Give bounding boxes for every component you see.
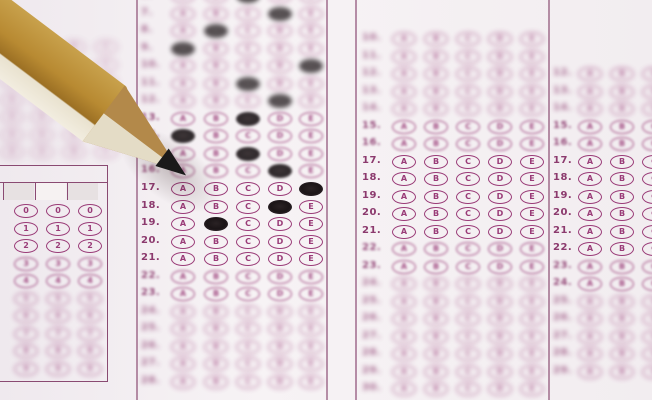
answer-bubble: C xyxy=(642,172,652,186)
row-number: 20. xyxy=(362,207,381,218)
answer-bubble: E xyxy=(520,120,544,134)
answer-bubble: C xyxy=(456,102,480,116)
answer-bubble: C xyxy=(456,225,480,239)
answer-bubble: A xyxy=(392,50,416,64)
answer-bubble: B xyxy=(204,129,228,143)
answer-bubble: E xyxy=(299,94,323,108)
answer-bubble: B xyxy=(424,85,448,99)
answer-bubble: B xyxy=(424,347,448,361)
answer-bubble: E xyxy=(520,207,544,221)
digit-bubble: 2 xyxy=(46,239,70,253)
row-number: 8. xyxy=(141,24,153,35)
answer-bubble: B xyxy=(610,242,634,256)
filled-bubble: E xyxy=(299,59,323,73)
answer-bubble: E xyxy=(299,7,323,21)
digit-bubble: 8 xyxy=(46,344,70,358)
answer-bubble: C xyxy=(456,260,480,274)
answer-bubble: C xyxy=(642,190,652,204)
row-number: 19. xyxy=(141,217,160,228)
answer-bubble: C xyxy=(456,137,480,151)
row-number: 28. xyxy=(141,375,160,386)
row-number: 10. xyxy=(141,59,160,70)
answer-bubble: D xyxy=(488,32,512,46)
answer-bubble: C xyxy=(456,242,480,256)
answer-bubble: B xyxy=(610,225,634,239)
answer-bubble: D xyxy=(268,340,292,354)
answer-bubble: D xyxy=(488,365,512,379)
answer-bubble: A xyxy=(392,382,416,396)
answer-bubble: A xyxy=(578,347,602,361)
answer-bubble: E xyxy=(520,155,544,169)
answer-bubble: B xyxy=(610,120,634,134)
row-number: 22. xyxy=(362,242,381,253)
answer-bubble: E xyxy=(299,217,323,231)
answer-bubble: A xyxy=(578,225,602,239)
row-number: 24. xyxy=(553,277,572,288)
digit-bubble: 5 xyxy=(78,292,102,306)
answer-bubble: D xyxy=(268,252,292,266)
answer-bubble: A xyxy=(171,305,195,319)
digit-bubble: 2 xyxy=(14,239,38,253)
answer-bubble: A xyxy=(392,330,416,344)
answer-bubble: C xyxy=(642,277,652,291)
answer-bubble: E xyxy=(299,252,323,266)
row-number: 7. xyxy=(141,7,153,18)
answer-bubble: D xyxy=(488,190,512,204)
digit-bubble: 5 xyxy=(14,292,38,306)
filled-bubble: C xyxy=(236,77,260,91)
answer-bubble: A xyxy=(171,375,195,389)
answer-bubble: A xyxy=(392,207,416,221)
answer-bubble: C xyxy=(642,242,652,256)
row-number: 28. xyxy=(362,347,381,358)
answer-bubble: B xyxy=(424,50,448,64)
answer-bubble: C xyxy=(456,277,480,291)
answer-bubble: C xyxy=(456,295,480,309)
answer-bubble: A xyxy=(392,172,416,186)
answer-bubble: E xyxy=(520,347,544,361)
row-number: 12. xyxy=(553,67,572,78)
answer-bubble: C xyxy=(236,129,260,143)
row-number: 25. xyxy=(553,295,572,306)
answer-bubble: D xyxy=(488,312,512,326)
answer-bubble: B xyxy=(204,77,228,91)
row-number: 23. xyxy=(362,260,381,271)
row-number: 29. xyxy=(362,365,381,376)
answer-bubble: A xyxy=(578,137,602,151)
answer-bubble: C xyxy=(642,295,652,309)
answer-bubble: D xyxy=(488,50,512,64)
row-number: 15. xyxy=(362,120,381,131)
row-number: 11. xyxy=(362,50,381,61)
answer-bubble: B xyxy=(424,365,448,379)
answer-bubble: E xyxy=(520,32,544,46)
row-number: 21. xyxy=(141,252,160,263)
digit-bubble: 1 xyxy=(14,222,38,236)
answer-bubble: B xyxy=(62,145,86,159)
row-number: 22. xyxy=(553,242,572,253)
answer-bubble: D xyxy=(488,67,512,81)
answer-bubble: E xyxy=(299,129,323,143)
answer-bubble: D xyxy=(268,112,292,126)
row-number: 11. xyxy=(141,77,160,88)
answer-bubble: D xyxy=(268,147,292,161)
answer-bubble: C xyxy=(642,137,652,151)
answer-bubble: B xyxy=(610,207,634,221)
answer-bubble: C xyxy=(236,24,260,38)
digit-bubble: 7 xyxy=(78,327,102,341)
answer-bubble: D xyxy=(488,102,512,116)
answer-bubble: E xyxy=(299,112,323,126)
digit-bubble: 4 xyxy=(78,274,102,288)
answer-bubble: B xyxy=(204,94,228,108)
answer-bubble: E xyxy=(520,102,544,116)
answer-bubble: A xyxy=(578,295,602,309)
filled-bubble: C xyxy=(236,147,260,161)
answer-bubble: D xyxy=(268,217,292,231)
answer-bubble: A xyxy=(578,85,602,99)
answer-bubble: A xyxy=(578,365,602,379)
row-number: 18. xyxy=(553,172,572,183)
digit-bubble: 8 xyxy=(78,344,102,358)
answer-bubble: B xyxy=(610,137,634,151)
answer-bubble: C xyxy=(642,225,652,239)
answer-bubble: A xyxy=(171,357,195,371)
answer-bubble: C xyxy=(642,67,652,81)
answer-bubble: E xyxy=(299,287,323,301)
answer-bubble: D xyxy=(488,242,512,256)
answer-bubble: A xyxy=(171,77,195,91)
filled-bubble: E xyxy=(299,182,323,196)
answer-bubble: D xyxy=(488,295,512,309)
row-number: 26. xyxy=(362,312,381,323)
answer-bubble: D xyxy=(488,225,512,239)
row-number: 10. xyxy=(362,32,381,43)
filled-bubble: D xyxy=(268,94,292,108)
answer-bubble: A xyxy=(392,365,416,379)
answer-bubble: B xyxy=(424,172,448,186)
answer-bubble: A xyxy=(171,322,195,336)
answer-bubble: A xyxy=(392,190,416,204)
answer-bubble: B xyxy=(610,277,634,291)
digit-bubble: 9 xyxy=(14,362,38,376)
row-number: 23. xyxy=(141,287,160,298)
answer-bubble: A xyxy=(171,235,195,249)
answer-bubble: A xyxy=(392,242,416,256)
answer-bubble: D xyxy=(268,287,292,301)
row-number: 13. xyxy=(362,85,381,96)
answer-bubble: A xyxy=(392,225,416,239)
answer-bubble: C xyxy=(456,67,480,81)
row-number: 21. xyxy=(362,225,381,236)
row-number: 16. xyxy=(362,137,381,148)
answer-bubble: D xyxy=(488,260,512,274)
answer-bubble: A xyxy=(578,277,602,291)
row-number: 19. xyxy=(553,190,572,201)
answer-bubble: B xyxy=(610,365,634,379)
answer-bubble: C xyxy=(236,235,260,249)
answer-bubble: E xyxy=(299,235,323,249)
answer-bubble: A xyxy=(392,67,416,81)
answer-bubble: C xyxy=(642,85,652,99)
answer-bubble: B xyxy=(610,295,634,309)
answer-bubble: A xyxy=(392,155,416,169)
column-divider xyxy=(326,0,328,400)
row-number: 26. xyxy=(141,340,160,351)
answer-bubble: C xyxy=(456,312,480,326)
digit-bubble: 1 xyxy=(46,222,70,236)
answer-bubble: E xyxy=(299,200,323,214)
answer-bubble: C xyxy=(456,330,480,344)
answer-bubble: D xyxy=(488,120,512,134)
answer-bubble: C xyxy=(236,375,260,389)
answer-bubble: D xyxy=(268,322,292,336)
answer-bubble: E xyxy=(299,322,323,336)
answer-bubble: B xyxy=(204,7,228,21)
filled-bubble: D xyxy=(268,164,292,178)
answer-bubble: B xyxy=(610,312,634,326)
digit-bubble: 0 xyxy=(46,204,70,218)
answer-bubble: B xyxy=(424,120,448,134)
answer-bubble: C xyxy=(236,322,260,336)
digit-bubble: 0 xyxy=(78,204,102,218)
answer-bubble: A xyxy=(392,120,416,134)
answer-bubble: C xyxy=(236,164,260,178)
answer-bubble: C xyxy=(236,182,260,196)
answer-bubble: D xyxy=(268,0,292,3)
row-number: 19. xyxy=(362,190,381,201)
answer-bubble: B xyxy=(610,155,634,169)
answer-bubble: D xyxy=(268,59,292,73)
answer-bubble: D xyxy=(488,207,512,221)
answer-bubble: A xyxy=(578,102,602,116)
answer-bubble: B xyxy=(204,0,228,3)
answer-bubble: B xyxy=(424,242,448,256)
answer-bubble: B xyxy=(204,112,228,126)
answer-bubble: E xyxy=(520,365,544,379)
answer-bubble: B xyxy=(424,295,448,309)
answer-bubble: B xyxy=(204,340,228,354)
answer-bubble: D xyxy=(268,270,292,284)
answer-bubble: E xyxy=(299,375,323,389)
answer-bubble: D xyxy=(488,155,512,169)
answer-bubble: A xyxy=(392,85,416,99)
answer-bubble: D xyxy=(488,137,512,151)
answer-bubble: C xyxy=(642,155,652,169)
answer-bubble: C xyxy=(236,305,260,319)
answer-bubble: C xyxy=(236,357,260,371)
answer-bubble: A xyxy=(392,102,416,116)
answer-bubble: D xyxy=(268,42,292,56)
answer-bubble: C xyxy=(236,270,260,284)
answer-bubble: E xyxy=(520,225,544,239)
answer-bubble: A xyxy=(171,0,195,3)
row-number: 20. xyxy=(141,235,160,246)
answer-bubble: E xyxy=(520,67,544,81)
answer-bubble: B xyxy=(204,375,228,389)
row-number: 26. xyxy=(553,312,572,323)
digit-bubble: 3 xyxy=(14,257,38,271)
answer-bubble: A xyxy=(171,252,195,266)
answer-bubble: A xyxy=(0,145,24,159)
answer-bubble: A xyxy=(578,67,602,81)
answer-bubble: C xyxy=(456,365,480,379)
digit-bubble: 6 xyxy=(78,309,102,323)
answer-bubble: E xyxy=(299,357,323,371)
answer-bubble: A xyxy=(30,128,54,142)
digit-bubble: 7 xyxy=(14,327,38,341)
answer-bubble: D xyxy=(268,77,292,91)
answer-bubble: B xyxy=(424,137,448,151)
row-number: 24. xyxy=(362,277,381,288)
answer-bubble: A xyxy=(392,295,416,309)
answer-bubble: C xyxy=(456,155,480,169)
answer-bubble: A xyxy=(171,24,195,38)
answer-bubble: B xyxy=(610,172,634,186)
answer-bubble: B xyxy=(610,85,634,99)
row-number: 25. xyxy=(141,322,160,333)
filled-bubble: C xyxy=(236,112,260,126)
answer-bubble: A xyxy=(171,340,195,354)
answer-bubble: A xyxy=(0,110,24,124)
digit-bubble: 6 xyxy=(14,309,38,323)
answer-bubble: C xyxy=(456,85,480,99)
answer-bubble: E xyxy=(299,24,323,38)
row-number: 22. xyxy=(141,270,160,281)
answer-bubble: A xyxy=(578,312,602,326)
answer-bubble: E xyxy=(520,330,544,344)
answer-bubble: E xyxy=(299,305,323,319)
filled-bubble: A xyxy=(171,42,195,56)
digit-bubble: 8 xyxy=(14,344,38,358)
answer-bubble: A xyxy=(578,330,602,344)
answer-bubble: E xyxy=(520,172,544,186)
answer-bubble: B xyxy=(204,252,228,266)
row-number: 14. xyxy=(553,102,572,113)
digit-bubble: 3 xyxy=(46,257,70,271)
answer-bubble: C xyxy=(236,7,260,21)
answer-bubble: A xyxy=(392,347,416,361)
answer-bubble: E xyxy=(299,164,323,178)
answer-bubble: C xyxy=(456,347,480,361)
answer-bubble: C xyxy=(642,312,652,326)
answer-bubble: C xyxy=(456,207,480,221)
digit-bubble: 6 xyxy=(46,309,70,323)
row-number: 18. xyxy=(362,172,381,183)
answer-bubble: B xyxy=(204,287,228,301)
answer-bubble: C xyxy=(642,347,652,361)
answer-bubble: C xyxy=(642,330,652,344)
answer-bubble: A xyxy=(578,207,602,221)
row-number: 17. xyxy=(553,155,572,166)
answer-bubble: B xyxy=(424,67,448,81)
answer-bubble: D xyxy=(488,85,512,99)
row-number: 9. xyxy=(141,42,153,53)
digit-bubble: 3 xyxy=(78,257,102,271)
digit-bubble: 9 xyxy=(78,362,102,376)
answer-bubble: E xyxy=(299,77,323,91)
answer-bubble: B xyxy=(204,235,228,249)
answer-bubble: C xyxy=(94,40,118,54)
column-divider xyxy=(355,0,357,400)
answer-bubble: A xyxy=(171,270,195,284)
row-number: 18. xyxy=(141,200,160,211)
answer-bubble: A xyxy=(578,120,602,134)
answer-bubble: A xyxy=(578,155,602,169)
answer-bubble: E xyxy=(299,270,323,284)
row-number: 30. xyxy=(362,382,381,393)
digit-bubble: 9 xyxy=(46,362,70,376)
answer-bubble: C xyxy=(236,217,260,231)
answer-bubble: C xyxy=(642,365,652,379)
row-number: 27. xyxy=(553,330,572,341)
answer-bubble: B xyxy=(424,382,448,396)
answer-bubble: B xyxy=(424,312,448,326)
answer-bubble: B xyxy=(424,155,448,169)
answer-bubble: B xyxy=(610,330,634,344)
answer-bubble: B xyxy=(424,190,448,204)
answer-bubble: C xyxy=(236,94,260,108)
row-number: 13. xyxy=(553,85,572,96)
answer-bubble: C xyxy=(456,172,480,186)
answer-bubble: C xyxy=(456,190,480,204)
answer-bubble: D xyxy=(268,24,292,38)
row-number: 23. xyxy=(553,260,572,271)
answer-bubble: E xyxy=(520,50,544,64)
answer-bubble: B xyxy=(424,102,448,116)
answer-bubble: B xyxy=(204,322,228,336)
answer-bubble: C xyxy=(236,252,260,266)
answer-bubble: B xyxy=(424,207,448,221)
answer-bubble: C xyxy=(236,287,260,301)
answer-bubble: E xyxy=(520,137,544,151)
answer-bubble: E xyxy=(520,242,544,256)
answer-bubble: E xyxy=(520,295,544,309)
answer-bubble: E xyxy=(520,277,544,291)
answer-bubble: C xyxy=(236,59,260,73)
answer-bubble: A xyxy=(392,277,416,291)
filled-bubble: D xyxy=(268,200,292,214)
answer-bubble: A xyxy=(392,260,416,274)
answer-bubble: B xyxy=(424,277,448,291)
answer-bubble: A xyxy=(171,94,195,108)
row-number: 28. xyxy=(553,347,572,358)
answer-bubble: D xyxy=(488,382,512,396)
answer-bubble: E xyxy=(520,190,544,204)
filled-bubble: B xyxy=(204,24,228,38)
column-divider xyxy=(548,0,550,400)
answer-bubble: D xyxy=(488,347,512,361)
answer-bubble: D xyxy=(268,357,292,371)
answer-bubble: A xyxy=(0,128,24,142)
digit-bubble: 4 xyxy=(46,274,70,288)
row-number: 15. xyxy=(553,120,572,131)
answer-bubble: C xyxy=(456,32,480,46)
answer-bubble: A xyxy=(171,7,195,21)
answer-bubble: B xyxy=(424,225,448,239)
digit-bubble: 0 xyxy=(14,204,38,218)
answer-bubble: A xyxy=(171,59,195,73)
answer-bubble: C xyxy=(642,207,652,221)
answer-bubble: B xyxy=(610,190,634,204)
row-number: 24. xyxy=(141,305,160,316)
digit-bubble: 2 xyxy=(78,239,102,253)
digit-bubble: 7 xyxy=(46,327,70,341)
row-number: 14. xyxy=(362,102,381,113)
answer-bubble: B xyxy=(610,102,634,116)
answer-bubble: E xyxy=(299,42,323,56)
answer-bubble: A xyxy=(171,287,195,301)
